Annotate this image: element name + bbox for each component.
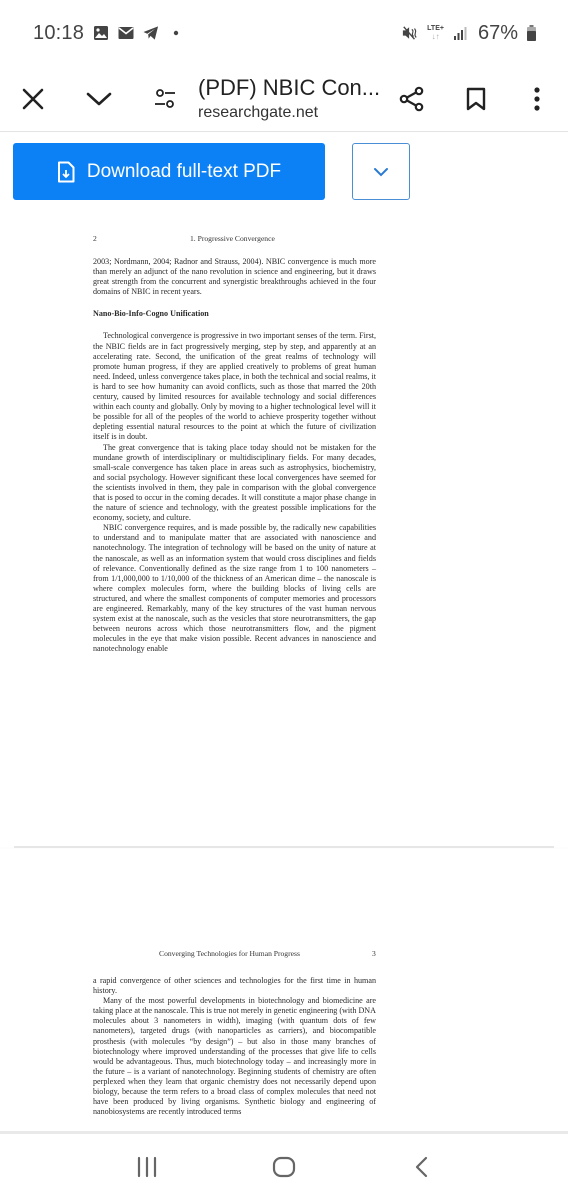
paragraph: NBIC convergence requires, and is made p… (93, 523, 376, 654)
back-icon (414, 1156, 428, 1178)
running-head: Converging Technologies for Human Progre… (159, 949, 300, 958)
home-icon (272, 1156, 296, 1178)
pdf-viewer[interactable]: 2 1. Progressive Convergence 2003; Nordm… (0, 209, 568, 1131)
running-head: 1. Progressive Convergence (190, 234, 275, 243)
battery-percent: 67% (478, 22, 518, 45)
status-right: LTE+ ↓↑ 67% (402, 22, 536, 45)
page-body: a rapid convergence of other sciences an… (93, 976, 376, 1117)
page-divider (14, 846, 554, 848)
download-label: Download full-text PDF (87, 161, 281, 183)
status-left: 10:18 (33, 22, 184, 45)
page-url: researchgate.net (198, 102, 388, 124)
minimize-button[interactable] (77, 77, 121, 121)
close-button[interactable] (11, 77, 55, 121)
more-vert-icon (533, 87, 541, 111)
data-arrows-icon: ↓↑ (432, 33, 440, 41)
page-number: 3 (372, 949, 376, 958)
pdf-page-3: Converging Technologies for Human Progre… (0, 849, 568, 1131)
paragraph: a rapid convergence of other sciences an… (93, 976, 376, 996)
more-dot-icon (168, 25, 184, 41)
telegram-icon (143, 25, 159, 41)
chevron-down-icon (373, 167, 389, 177)
mail-icon (118, 25, 134, 41)
recents-button[interactable] (117, 1145, 177, 1189)
paragraph: Many of the most powerful developments i… (93, 996, 376, 1117)
battery-icon (527, 25, 536, 41)
section-heading: Nano-Bio-Info-Cogno Unification (93, 309, 376, 319)
close-icon (22, 88, 44, 110)
tune-icon (154, 88, 176, 110)
site-settings-button[interactable] (143, 77, 187, 121)
pdf-page-2: 2 1. Progressive Convergence 2003; Nordm… (0, 209, 568, 847)
page-title: (PDF) NBIC Con... (198, 74, 388, 102)
more-menu-button[interactable] (515, 77, 559, 121)
download-options-dropdown[interactable] (352, 143, 410, 200)
home-button[interactable] (254, 1145, 314, 1189)
paragraph: 2003; Nordmann, 2004; Radnor and Strauss… (93, 257, 376, 297)
lte-plus-icon: LTE+ ↓↑ (427, 25, 444, 41)
chevron-down-icon (86, 91, 112, 107)
share-button[interactable] (390, 77, 434, 121)
recents-icon (136, 1156, 158, 1178)
mute-icon (402, 25, 418, 41)
back-button[interactable] (391, 1145, 451, 1189)
status-bar: 10:18 LTE+ ↓↑ 67% (0, 0, 568, 66)
paragraph: The great convergence that is taking pla… (93, 443, 376, 524)
status-time: 10:18 (33, 22, 84, 45)
action-bar: Download full-text PDF (0, 133, 568, 209)
bookmark-button[interactable] (454, 77, 498, 121)
share-icon (399, 86, 425, 112)
page-number: 2 (93, 234, 97, 243)
download-pdf-button[interactable]: Download full-text PDF (13, 143, 325, 200)
file-download-icon (57, 161, 75, 183)
signal-icon (453, 25, 469, 41)
system-nav-bar (0, 1131, 568, 1199)
bookmark-icon (466, 87, 486, 111)
title-block[interactable]: (PDF) NBIC Con... researchgate.net (198, 74, 388, 124)
page-body: 2003; Nordmann, 2004; Radnor and Strauss… (93, 257, 376, 654)
custom-tab-header: (PDF) NBIC Con... researchgate.net (0, 66, 568, 132)
gallery-icon (93, 25, 109, 41)
paragraph: Technological convergence is progressive… (93, 331, 376, 442)
